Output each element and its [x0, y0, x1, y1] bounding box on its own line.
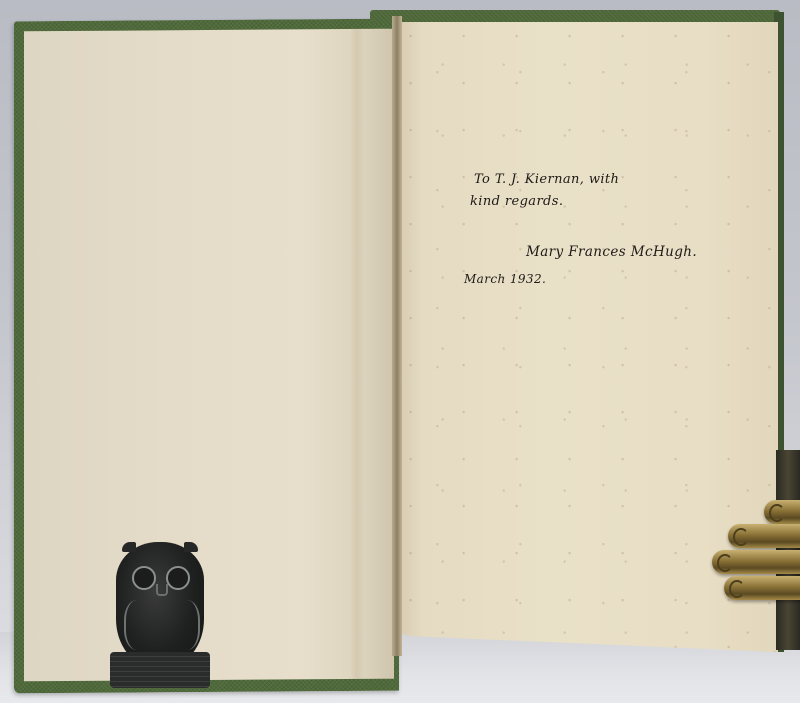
photo-scene: To T. J. Kiernan, with kind regards. Mar…: [0, 0, 800, 703]
owl-wing: [168, 600, 200, 650]
inscription-signature: Mary Frances McHugh.: [526, 244, 697, 260]
bookend-finger: [712, 550, 800, 574]
owl-eye-icon: [132, 566, 156, 590]
owl-figurine: [114, 540, 214, 690]
inscription-regards: kind regards.: [470, 194, 563, 209]
right-cover-board-top-edge: [370, 10, 780, 24]
bookend-finger: [728, 524, 800, 548]
owl-book-base: [110, 652, 210, 688]
inscription-date: March 1932.: [464, 272, 546, 286]
owl-ear-icon: [184, 542, 198, 552]
owl-beak-icon: [156, 584, 168, 596]
owl-wing: [124, 600, 156, 650]
owl-ear-icon: [122, 542, 136, 552]
brass-hand-bookend: [706, 500, 800, 630]
bookend-finger: [764, 500, 800, 524]
owl-eye-icon: [166, 566, 190, 590]
inscription-dedication: To T. J. Kiernan, with: [474, 172, 619, 187]
book-gutter: [392, 16, 402, 656]
bookend-finger: [724, 576, 800, 600]
